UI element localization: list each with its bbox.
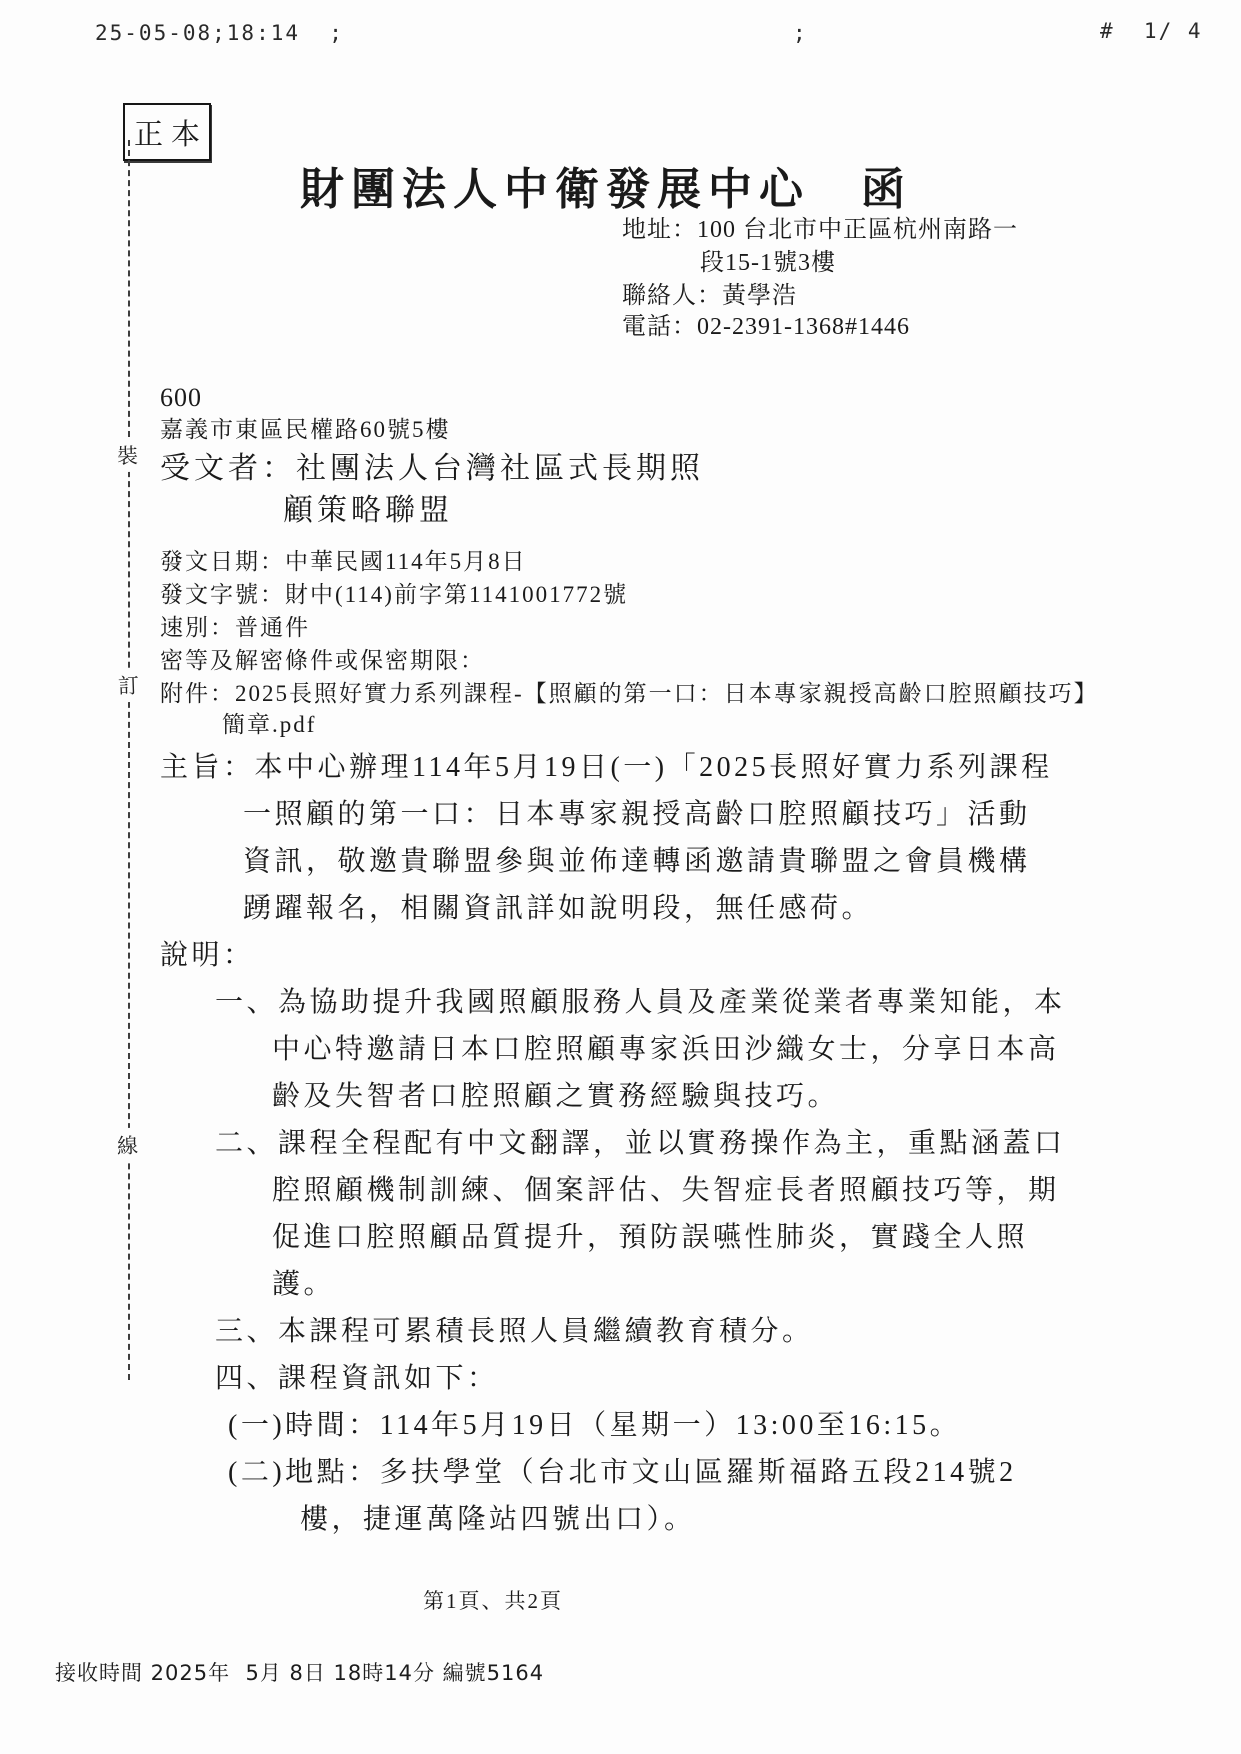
item-1-text: 為協助提升我國照顧服務人員及產業從業者專業知能，本 — [278, 987, 1066, 1018]
item-4-text: 課程資訊如下： — [278, 1363, 499, 1394]
item-2-number: 二、 — [215, 1128, 278, 1159]
scanned-fax-page: 25-05-08;18:14 ; ; # 1/ 4 正本 裝 訂 線 財團法人中… — [0, 0, 1241, 1754]
explanation-item-1-line-3: 齡及失智者口腔照顧之實務經驗與技巧。 — [272, 1079, 839, 1114]
meta-attachment-line2: 簡章.pdf — [222, 711, 316, 740]
binding-dashed-line — [128, 140, 130, 1380]
sub-item-1-text: 時間：114年5月19日（星期一）13:00至16:15。 — [285, 1410, 961, 1441]
explanation-item-1-line-2: 中心特邀請日本口腔照顧專家浜田沙織女士，分享日本高 — [272, 1032, 1060, 1067]
meta-issue-date: 發文日期：中華民國114年5月8日 — [160, 548, 527, 577]
course-time-line: (一)時間：114年5月19日（星期一）13:00至16:15。 — [228, 1408, 961, 1443]
fax-receive-stamp: 接收時間 2025年 5月 8日 18時14分 編號5164 — [55, 1660, 544, 1686]
explanation-item-2-line-4: 護。 — [272, 1267, 335, 1302]
item-4-number: 四、 — [215, 1363, 278, 1394]
sender-phone: 電話：02-2391-1368#1446 — [622, 312, 910, 342]
binding-mark-ding: 訂 — [117, 668, 139, 703]
subject-line-4: 踴躍報名，相關資訊詳如說明段，無任感荷。 — [243, 891, 873, 926]
binding-mark-xian: 線 — [116, 1128, 138, 1163]
sender-address-line1: 地址：100 台北市中正區杭州南路一 — [622, 215, 1018, 245]
sub-item-2-text: 地點：多扶學堂（台北市文山區羅斯福路五段214號2 — [285, 1457, 1017, 1488]
explanation-heading: 說明： — [160, 938, 255, 973]
course-location-line-2: 樓，捷運萬隆站四號出口）。 — [300, 1502, 696, 1537]
meta-attachment-line1: 附件：2025長照好實力系列課程-【照顧的第一口：日本專家親授高齡口腔照顧技巧】 — [160, 680, 1099, 709]
binding-mark-zhuang: 裝 — [116, 438, 138, 473]
recipient-line2: 顧策略聯盟 — [283, 492, 453, 530]
explanation-item-2-line-3: 促進口腔照顧品質提升，預防誤嚥性肺炎，實踐全人照 — [272, 1220, 1028, 1255]
item-3-text: 本課程可累積長照人員繼續教育積分。 — [278, 1316, 814, 1347]
sub-item-2-number: (二) — [228, 1457, 285, 1488]
subject-line-1: 主旨：本中心辦理114年5月19日(一)「2025長照好實力系列課程 — [160, 750, 1053, 785]
item-3-number: 三、 — [215, 1316, 278, 1347]
item-2-text: 課程全程配有中文翻譯，並以實務操作為主，重點涵蓋口 — [278, 1128, 1066, 1159]
fax-header-separator: ; — [793, 20, 808, 46]
original-copy-stamp-label: 正本 — [126, 112, 208, 153]
item-1-number: 一、 — [215, 987, 278, 1018]
course-location-line-1: (二)地點：多扶學堂（台北市文山區羅斯福路五段214號2 — [228, 1455, 1017, 1490]
fax-header-timestamp: 25-05-08;18:14 ; — [95, 20, 344, 46]
subject-line-3: 資訊，敬邀貴聯盟參與並佈達轉函邀請貴聯盟之會員機構 — [243, 844, 1031, 879]
fax-header-page-count: # 1/ 4 — [1100, 18, 1203, 44]
page-number-footer: 第1頁、共2頁 — [423, 1588, 563, 1614]
recipient-line1: 受文者：社團法人台灣社區式長期照 — [160, 450, 704, 488]
sender-address-line2: 段15-1號3樓 — [700, 248, 836, 278]
meta-speed-class: 速別：普通件 — [160, 614, 310, 643]
explanation-item-2-line-1: 二、課程全程配有中文翻譯，並以實務操作為主，重點涵蓋口 — [215, 1126, 1066, 1161]
document-title: 財團法人中衛發展中心 函 — [300, 162, 912, 217]
recipient-postal-code: 600 — [160, 382, 202, 415]
explanation-item-2-line-2: 腔照顧機制訓練、個案評估、失智症長者照顧技巧等，期 — [272, 1173, 1060, 1208]
explanation-item-1-line-1: 一、為協助提升我國照顧服務人員及產業從業者專業知能，本 — [215, 985, 1066, 1020]
explanation-item-3-line-1: 三、本課程可累積長照人員繼續教育積分。 — [215, 1314, 814, 1349]
sub-item-1-number: (一) — [228, 1410, 285, 1441]
recipient-address: 嘉義市東區民權路60號5樓 — [160, 416, 451, 445]
explanation-item-4-line-1: 四、課程資訊如下： — [215, 1361, 499, 1396]
subject-line-2: 一照顧的第一口：日本專家親授高齡口腔照顧技巧」活動 — [243, 797, 1031, 832]
original-copy-stamp-box: 正本 — [123, 103, 211, 161]
meta-security-class: 密等及解密條件或保密期限： — [160, 647, 485, 676]
sender-contact: 聯絡人：黃學浩 — [622, 281, 797, 311]
meta-doc-number: 發文字號：財中(114)前字第1141001772號 — [160, 581, 628, 610]
